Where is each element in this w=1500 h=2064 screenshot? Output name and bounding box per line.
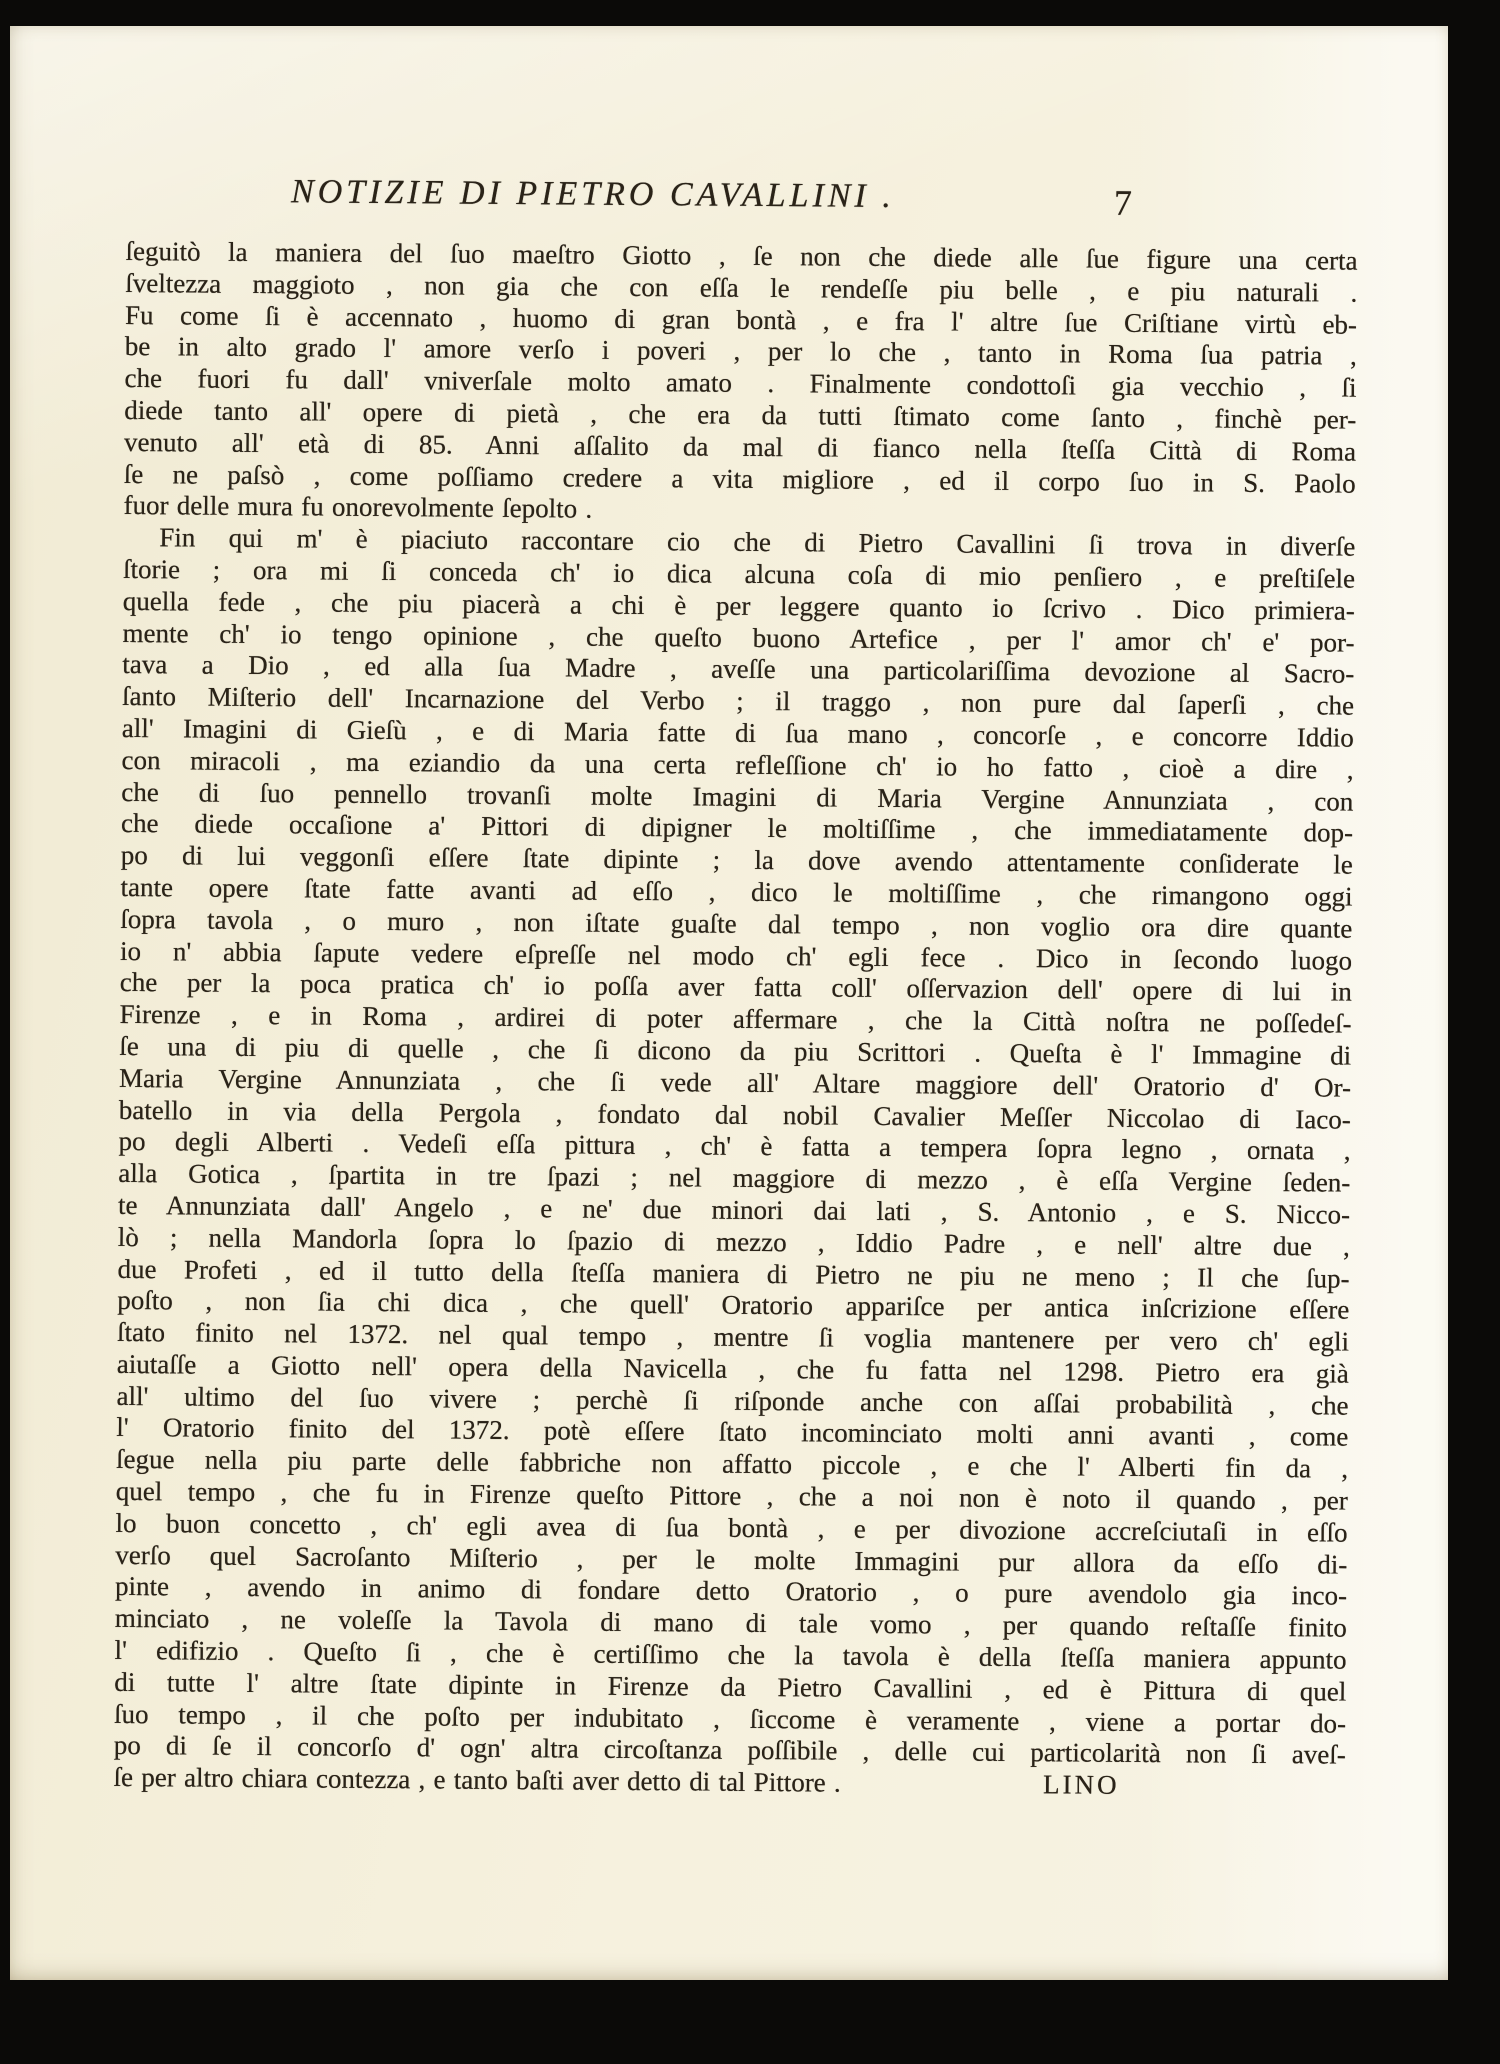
- page-text: ſeguitò la maniera del ſuo maeſtro Giott…: [113, 236, 1357, 1804]
- running-header: NOTIZIE DI PIETRO CAVALLINI . 7: [126, 168, 1358, 226]
- catchword: LINO: [1043, 1769, 1120, 1801]
- scan-background: NOTIZIE DI PIETRO CAVALLINI . 7 ſeguitò …: [0, 0, 1500, 2064]
- page-number: 7: [1114, 182, 1132, 224]
- text-line-content: ſe per altro chiara contezza , e tanto b…: [113, 1762, 840, 1800]
- header-title: NOTIZIE DI PIETRO CAVALLINI .: [291, 173, 895, 216]
- page-content: NOTIZIE DI PIETRO CAVALLINI . 7 ſeguitò …: [0, 21, 1449, 1986]
- book-page: NOTIZIE DI PIETRO CAVALLINI . 7 ſeguitò …: [10, 26, 1448, 1980]
